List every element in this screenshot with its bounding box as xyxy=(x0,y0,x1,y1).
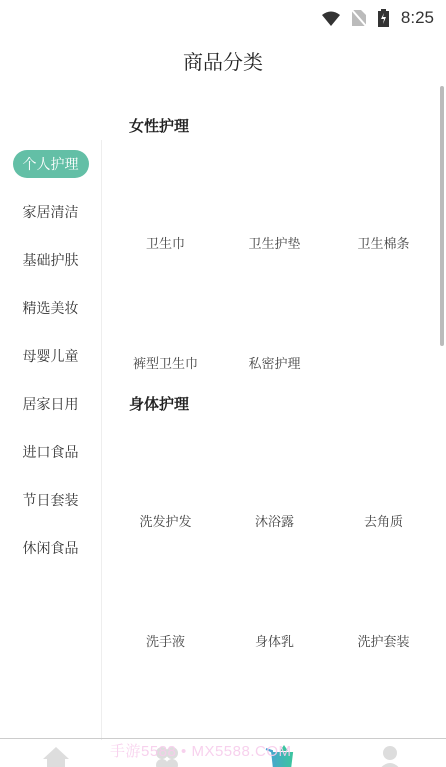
subcategory-grid: 洗发护发 沐浴露 去角质 洗手液 身体乳 洗护套装 xyxy=(103,428,446,668)
subcategory-item[interactable]: 洗发护发 xyxy=(111,428,220,548)
sidebar-item-personal-care[interactable]: 个人护理 xyxy=(0,140,101,188)
cart-icon xyxy=(264,743,294,767)
subcategory-item[interactable]: 沐浴露 xyxy=(220,428,329,548)
subcategory-item[interactable]: 卫生巾 xyxy=(111,150,220,270)
sidebar-item-household[interactable]: 居家日用 xyxy=(0,380,101,428)
category-sidebar: 个人护理 家居清洁 基础护肤 精选美妆 母婴儿童 居家日用 进口食品 节日套装 … xyxy=(0,140,102,740)
profile-icon xyxy=(375,743,405,767)
subcategory-item[interactable]: 裤型卫生巾 xyxy=(111,270,220,390)
subcategory-item[interactable]: 洗手液 xyxy=(111,548,220,668)
sidebar-item-mother-baby[interactable]: 母婴儿童 xyxy=(0,332,101,380)
status-bar: 8:25 xyxy=(0,0,446,36)
header: 商品分类 xyxy=(0,40,446,80)
scrollbar[interactable] xyxy=(440,86,444,346)
tab-home[interactable] xyxy=(26,739,86,767)
category-content: 女性护理 卫生巾 卫生护垫 卫生棉条 裤型卫生巾 私密护理 身体护理 洗发护发 … xyxy=(103,100,446,740)
page-title: 商品分类 xyxy=(183,46,263,75)
sidebar-item-imported-food[interactable]: 进口食品 xyxy=(0,428,101,476)
tab-cart[interactable] xyxy=(249,739,309,767)
sidebar-item-makeup[interactable]: 精选美妆 xyxy=(0,284,101,332)
tab-profile[interactable] xyxy=(360,739,420,767)
wifi-icon xyxy=(322,11,340,26)
sidebar-item-snacks[interactable]: 休闲食品 xyxy=(0,524,101,572)
subcategory-item[interactable]: 去角质 xyxy=(329,428,438,548)
no-sim-icon xyxy=(352,10,366,26)
sidebar-item-basic-skincare[interactable]: 基础护肤 xyxy=(0,236,101,284)
subcategory-item[interactable]: 身体乳 xyxy=(220,548,329,668)
home-icon xyxy=(41,743,71,767)
sidebar-item-home-cleaning[interactable]: 家居清洁 xyxy=(0,188,101,236)
section-title: 女性护理 xyxy=(103,100,446,150)
subcategory-item[interactable]: 私密护理 xyxy=(220,270,329,390)
battery-charging-icon xyxy=(378,9,389,27)
subcategory-item[interactable]: 卫生棉条 xyxy=(329,150,438,270)
subcategory-item[interactable]: 卫生护垫 xyxy=(220,150,329,270)
bottom-tabbar xyxy=(0,738,446,767)
sidebar-item-holiday-sets[interactable]: 节日套装 xyxy=(0,476,101,524)
subcategory-grid: 卫生巾 卫生护垫 卫生棉条 裤型卫生巾 私密护理 xyxy=(103,150,446,390)
category-icon xyxy=(152,743,182,767)
subcategory-item[interactable]: 洗护套装 xyxy=(329,548,438,668)
tab-category[interactable] xyxy=(137,739,197,767)
status-time: 8:25 xyxy=(401,8,434,28)
